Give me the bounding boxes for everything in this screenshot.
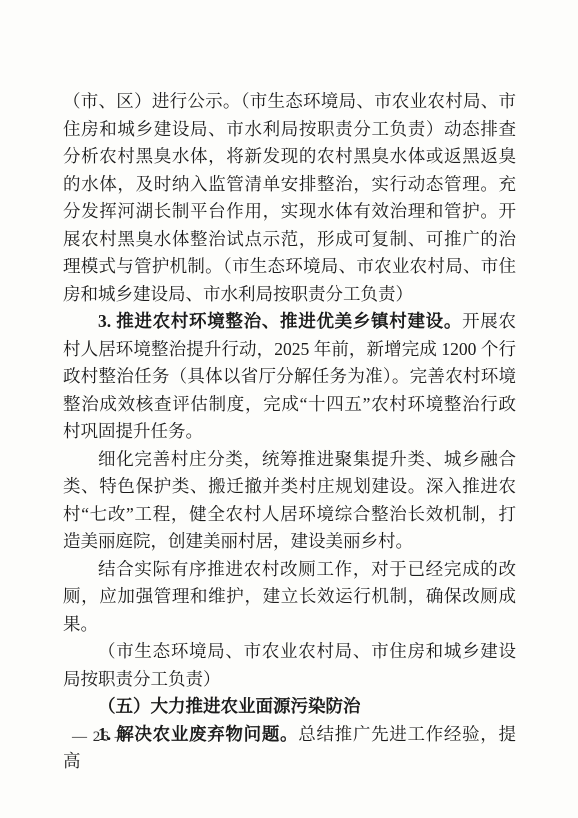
section-heading-text: （五）大力推进农业面源污染防治 [98,696,361,716]
page-number: — 26 — [72,729,131,746]
section-heading-5: （五）大力推进农业面源污染防治 [63,693,516,721]
paragraph-responsible-bureaus: （市生态环境局、市农业农村局、市住房和城乡建设局按职责分工负责） [63,638,516,693]
paragraph-item-3: 3. 推进农村环境整治、推进优美乡镇村建设。开展农村人居环境整治提升行动，202… [63,308,516,446]
document-body: （市、区）进行公示。（市生态环境局、市农业农村局、市住房和城乡建设局、市水利局按… [63,88,516,776]
document-page: （市、区）进行公示。（市生态环境局、市农业农村局、市住房和城乡建设局、市水利局按… [0,0,578,818]
paragraph-text: （市、区）进行公示。（市生态环境局、市农业农村局、市住房和城乡建设局、市水利局按… [63,91,516,304]
paragraph-text: 细化完善村庄分类，统筹推进聚集提升类、城乡融合类、特色保护类、搬迁撤并类村庄规划… [63,449,516,552]
paragraph-continuation: （市、区）进行公示。（市生态环境局、市农业农村局、市住房和城乡建设局、市水利局按… [63,88,516,308]
paragraph-lead: 3. 推进农村环境整治、推进优美乡镇村建设。 [98,311,462,331]
paragraph-text: （市生态环境局、市农业农村局、市住房和城乡建设局按职责分工负责） [63,641,516,689]
paragraph-toilet-renovation: 结合实际有序推进农村改厕工作，对于已经完成的改厕，应加强管理和维护，建立长效运行… [63,556,516,639]
paragraph-village-classification: 细化完善村庄分类，统筹推进聚集提升类、城乡融合类、特色保护类、搬迁撤并类村庄规划… [63,446,516,556]
paragraph-text: 结合实际有序推进农村改厕工作，对于已经完成的改厕，应加强管理和维护，建立长效运行… [63,559,516,634]
